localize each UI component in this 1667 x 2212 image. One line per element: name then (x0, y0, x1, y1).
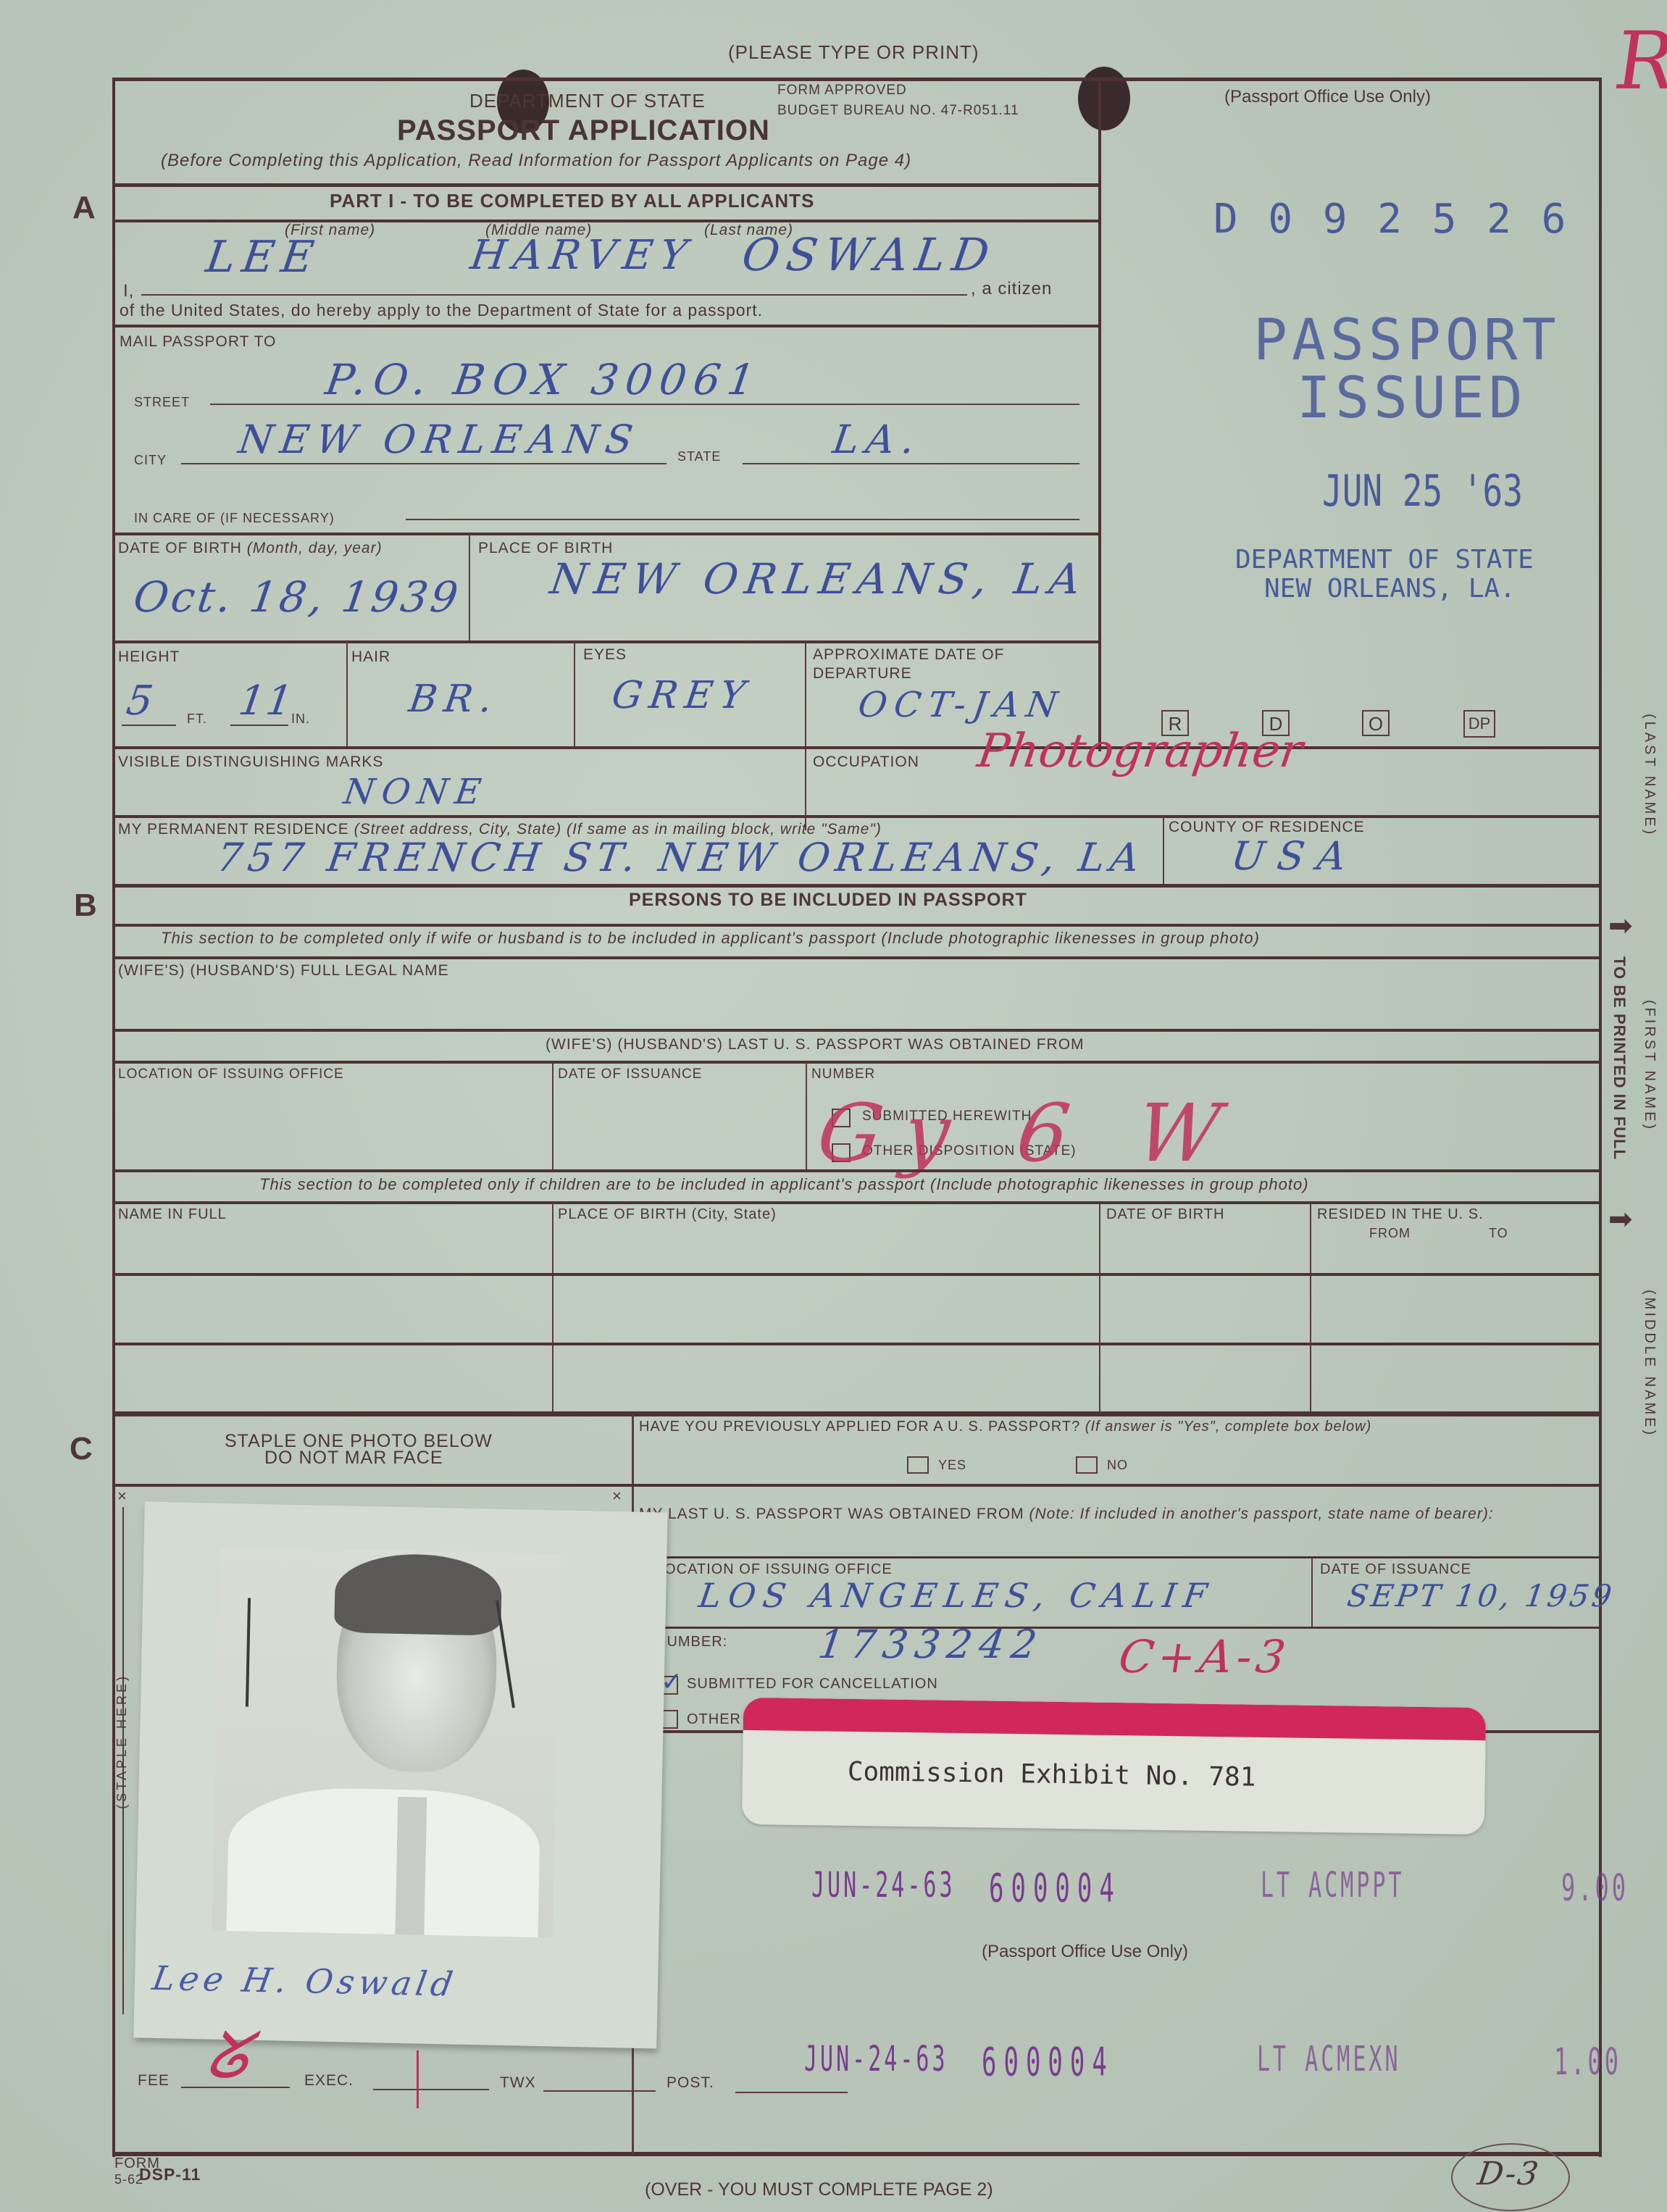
persons-heading: PERSONS TO BE INCLUDED IN PASSPORT (629, 890, 1027, 911)
exhibit-sticker-stripe (743, 1698, 1487, 1740)
punch-hole-right (1078, 67, 1130, 130)
staple-x-right: × (612, 1487, 622, 1506)
over-note: (OVER - YOU MUST COMPLETE PAGE 2) (645, 2179, 993, 2200)
arrow-right-icon-2: ➡ (1608, 1203, 1633, 1236)
departure-label-1: APPROXIMATE DATE OF (813, 646, 1004, 664)
spouse-name-label: (WIFE'S) (HUSBAND'S) FULL LEGAL NAME (118, 962, 449, 980)
previous-question: HAVE YOU PREVIOUSLY APPLIED FOR A U. S. … (639, 1419, 1371, 1435)
photo-tie (395, 1797, 427, 1935)
previous-no-label: NO (1107, 1458, 1128, 1473)
receipt-2-date: JUN-24-63 (804, 2040, 948, 2080)
budget-bureau-label: BUDGET BUREAU NO. 47-R051.11 (777, 103, 1019, 119)
issuance-date-label: DATE OF ISSUANCE (1320, 1561, 1471, 1578)
residence-value[interactable]: 757 FRENCH ST. NEW ORLEANS, LA (214, 835, 1148, 880)
passport-number-value[interactable]: 1733242 (816, 1622, 1047, 1667)
citizen-suffix: , a citizen (971, 279, 1052, 299)
height-in-value[interactable]: 11 (235, 677, 296, 725)
form-approved-label: FORM APPROVED (777, 83, 907, 99)
state-label: STATE (677, 449, 721, 464)
children-col-dob: DATE OF BIRTH (1106, 1206, 1224, 1223)
issue-city-stamp: NEW ORLEANS, LA. (1264, 574, 1516, 604)
declaration-text: of the United States, do hereby apply to… (120, 301, 763, 320)
side-print-full: TO BE PRINTED IN FULL (1610, 956, 1629, 1160)
ft-label: FT. (187, 711, 207, 727)
red-note: C+A-3 (1116, 1630, 1293, 1683)
children-col-to: TO (1489, 1226, 1508, 1241)
i-prefix: I, (123, 281, 134, 301)
middle-name-value[interactable]: HARVEY (467, 232, 697, 279)
passport-issued-stamp-2: ISSUED (1297, 366, 1527, 431)
applicant-photo (212, 1547, 560, 1938)
height-label: HEIGHT (118, 648, 180, 666)
previous-no-checkbox[interactable] (1076, 1456, 1098, 1474)
side-middle-name: (MIDDLE NAME) (1641, 1290, 1658, 1437)
post-label: POST. (667, 2074, 714, 2092)
code-box-r[interactable]: R (1161, 710, 1189, 736)
red-corner-mark: R (1609, 14, 1667, 107)
part1-heading: PART I - TO BE COMPLETED BY ALL APPLICAN… (330, 190, 814, 212)
issue-dept-stamp: DEPARTMENT OF STATE (1235, 545, 1534, 575)
spouse-passport-heading: (WIFE'S) (HUSBAND'S) LAST U. S. PASSPORT… (546, 1036, 1085, 1053)
office-use-label: (Passport Office Use Only) (1224, 87, 1431, 107)
code-box-d[interactable]: D (1262, 710, 1290, 736)
photo-signature: Lee H. Oswald (150, 1958, 460, 2004)
issuance-date-value[interactable]: SEPT 10, 1959 (1345, 1578, 1617, 1614)
previous-yes-label: YES (938, 1458, 966, 1473)
photo-shirt (226, 1786, 540, 1937)
marks-label: VISIBLE DISTINGUISHING MARKS (118, 754, 383, 771)
obtained-from-label: MY LAST U. S. PASSPORT WAS OBTAINED FROM… (639, 1506, 1494, 1523)
county-value[interactable]: USA (1229, 833, 1362, 879)
eyes-value[interactable]: GREY (609, 674, 755, 717)
spouse-note: This section to be completed only if wif… (161, 929, 1260, 948)
issue-date-stamp: JUN 25 '63 (1322, 465, 1523, 516)
form-number: DSP-11 (139, 2165, 201, 2184)
last-name-value[interactable]: OSWALD (739, 228, 1000, 281)
passport-application-page: (PLEASE TYPE OR PRINT) R A B C DEPARTMEN… (0, 0, 1667, 2212)
passport-issued-stamp-1: PASSPORT (1253, 308, 1561, 373)
receipt-1-date: JUN-24-63 (811, 1866, 956, 1906)
fee-red-mark: ᘜ (201, 2018, 262, 2095)
receipt-1-code: LT ACMPPT (1261, 1866, 1405, 1906)
side-last-name: (LAST NAME) (1641, 714, 1658, 837)
children-col-from: FROM (1369, 1226, 1411, 1241)
exec-red-mark (417, 2050, 419, 2108)
receipt-1-amount: 9.00 (1561, 1866, 1629, 1910)
other-label: OTHER (687, 1711, 741, 1728)
city-label: CITY (134, 453, 167, 468)
hair-label: HAIR (351, 648, 390, 666)
marks-value[interactable]: NONE (341, 772, 490, 812)
spouse-date-label: DATE OF ISSUANCE (558, 1067, 702, 1082)
receipt-1-number: 600004 (989, 1866, 1121, 1912)
section-letter-c: C (70, 1431, 93, 1467)
arrow-right-icon-1: ➡ (1608, 909, 1633, 943)
department-label: DEPARTMENT OF STATE (469, 90, 706, 112)
twx-label: TWX (500, 2074, 536, 2092)
children-col-pob: PLACE OF BIRTH (City, State) (558, 1206, 777, 1223)
mail-passport-label: MAIL PASSPORT TO (120, 333, 276, 351)
departure-label-2: DEPARTURE (813, 665, 912, 683)
state-value[interactable]: LA. (830, 417, 925, 462)
serial-number-stamp: D 0 9 2 5 2 6 (1213, 196, 1568, 243)
spouse-location-label: LOCATION OF ISSUING OFFICE (118, 1067, 344, 1082)
spouse-number-label: NUMBER (811, 1067, 875, 1082)
children-note: This section to be completed only if chi… (259, 1175, 1309, 1194)
occupation-label: OCCUPATION (813, 754, 919, 771)
red-scrawl: Gy 6 W (812, 1087, 1248, 1180)
photo-hair (334, 1553, 502, 1636)
exec-label: EXEC. (304, 2072, 354, 2090)
passport-number-label: NUMBER: (656, 1634, 727, 1650)
form-subtitle: (Before Completing this Application, Rea… (161, 151, 911, 171)
form-title: PASSPORT APPLICATION (397, 114, 770, 147)
street-value[interactable]: P.O. BOX 30061 (322, 355, 765, 404)
pob-value[interactable]: NEW ORLEANS, LA (547, 554, 1090, 604)
departure-value[interactable]: OCT-JAN (856, 685, 1067, 725)
applicant-photo-mount: Lee H. Oswald (133, 1502, 667, 2049)
city-value[interactable]: NEW ORLEANS (236, 417, 643, 462)
exhibit-sticker: Commission Exhibit No. 781 (742, 1698, 1486, 1835)
section-letter-b: B (74, 888, 97, 924)
exhibit-label-text: Commission Exhibit No. 781 (848, 1757, 1256, 1792)
first-name-value[interactable]: LEE (203, 232, 324, 283)
receipt-2-amount: 1.00 (1554, 2040, 1621, 2084)
receipt-2-number: 600004 (982, 2040, 1114, 2086)
occupation-value[interactable]: Photographer (974, 725, 1306, 778)
street-label: STREET (134, 395, 190, 410)
bobby-pin-right (496, 1600, 515, 1708)
fee-label: FEE (138, 2072, 170, 2090)
section-letter-a: A (72, 190, 96, 226)
children-col-resided: RESIDED IN THE U. S. (1317, 1206, 1484, 1223)
side-first-name: (FIRST NAME) (1641, 1000, 1658, 1132)
children-col-name: NAME IN FULL (118, 1206, 227, 1223)
bobby-pin-left (246, 1598, 251, 1707)
dob-value[interactable]: Oct. 18, 1939 (130, 572, 464, 622)
receipt-2-code: LT ACMEXN (1257, 2040, 1401, 2080)
in-label: IN. (291, 711, 310, 727)
office-use-bottom-label: (Passport Office Use Only) (982, 1942, 1188, 1962)
dob-label: DATE OF BIRTH (Month, day, year) (118, 540, 383, 557)
previous-yes-checkbox[interactable] (907, 1456, 929, 1474)
staple-here-label: (STAPLE HERE) (114, 1674, 130, 1809)
issuing-location-value[interactable]: LOS ANGELES, CALIF (696, 1576, 1216, 1615)
photo-instruction-2: DO NOT MAR FACE (264, 1448, 443, 1469)
height-ft-value[interactable]: 5 (123, 677, 163, 725)
code-box-dp[interactable]: DP (1463, 710, 1495, 738)
code-box-o[interactable]: O (1362, 710, 1390, 736)
care-of-label: IN CARE OF (IF NECESSARY) (134, 511, 335, 526)
circled-mark-text: D-3 (1475, 2155, 1542, 2192)
eyes-label: EYES (583, 646, 627, 664)
hair-value[interactable]: BR. (406, 677, 502, 721)
type-or-print-note: (PLEASE TYPE OR PRINT) (728, 41, 979, 64)
submitted-cancellation-label: SUBMITTED FOR CANCELLATION (687, 1676, 938, 1693)
staple-x-left: × (117, 1487, 127, 1506)
